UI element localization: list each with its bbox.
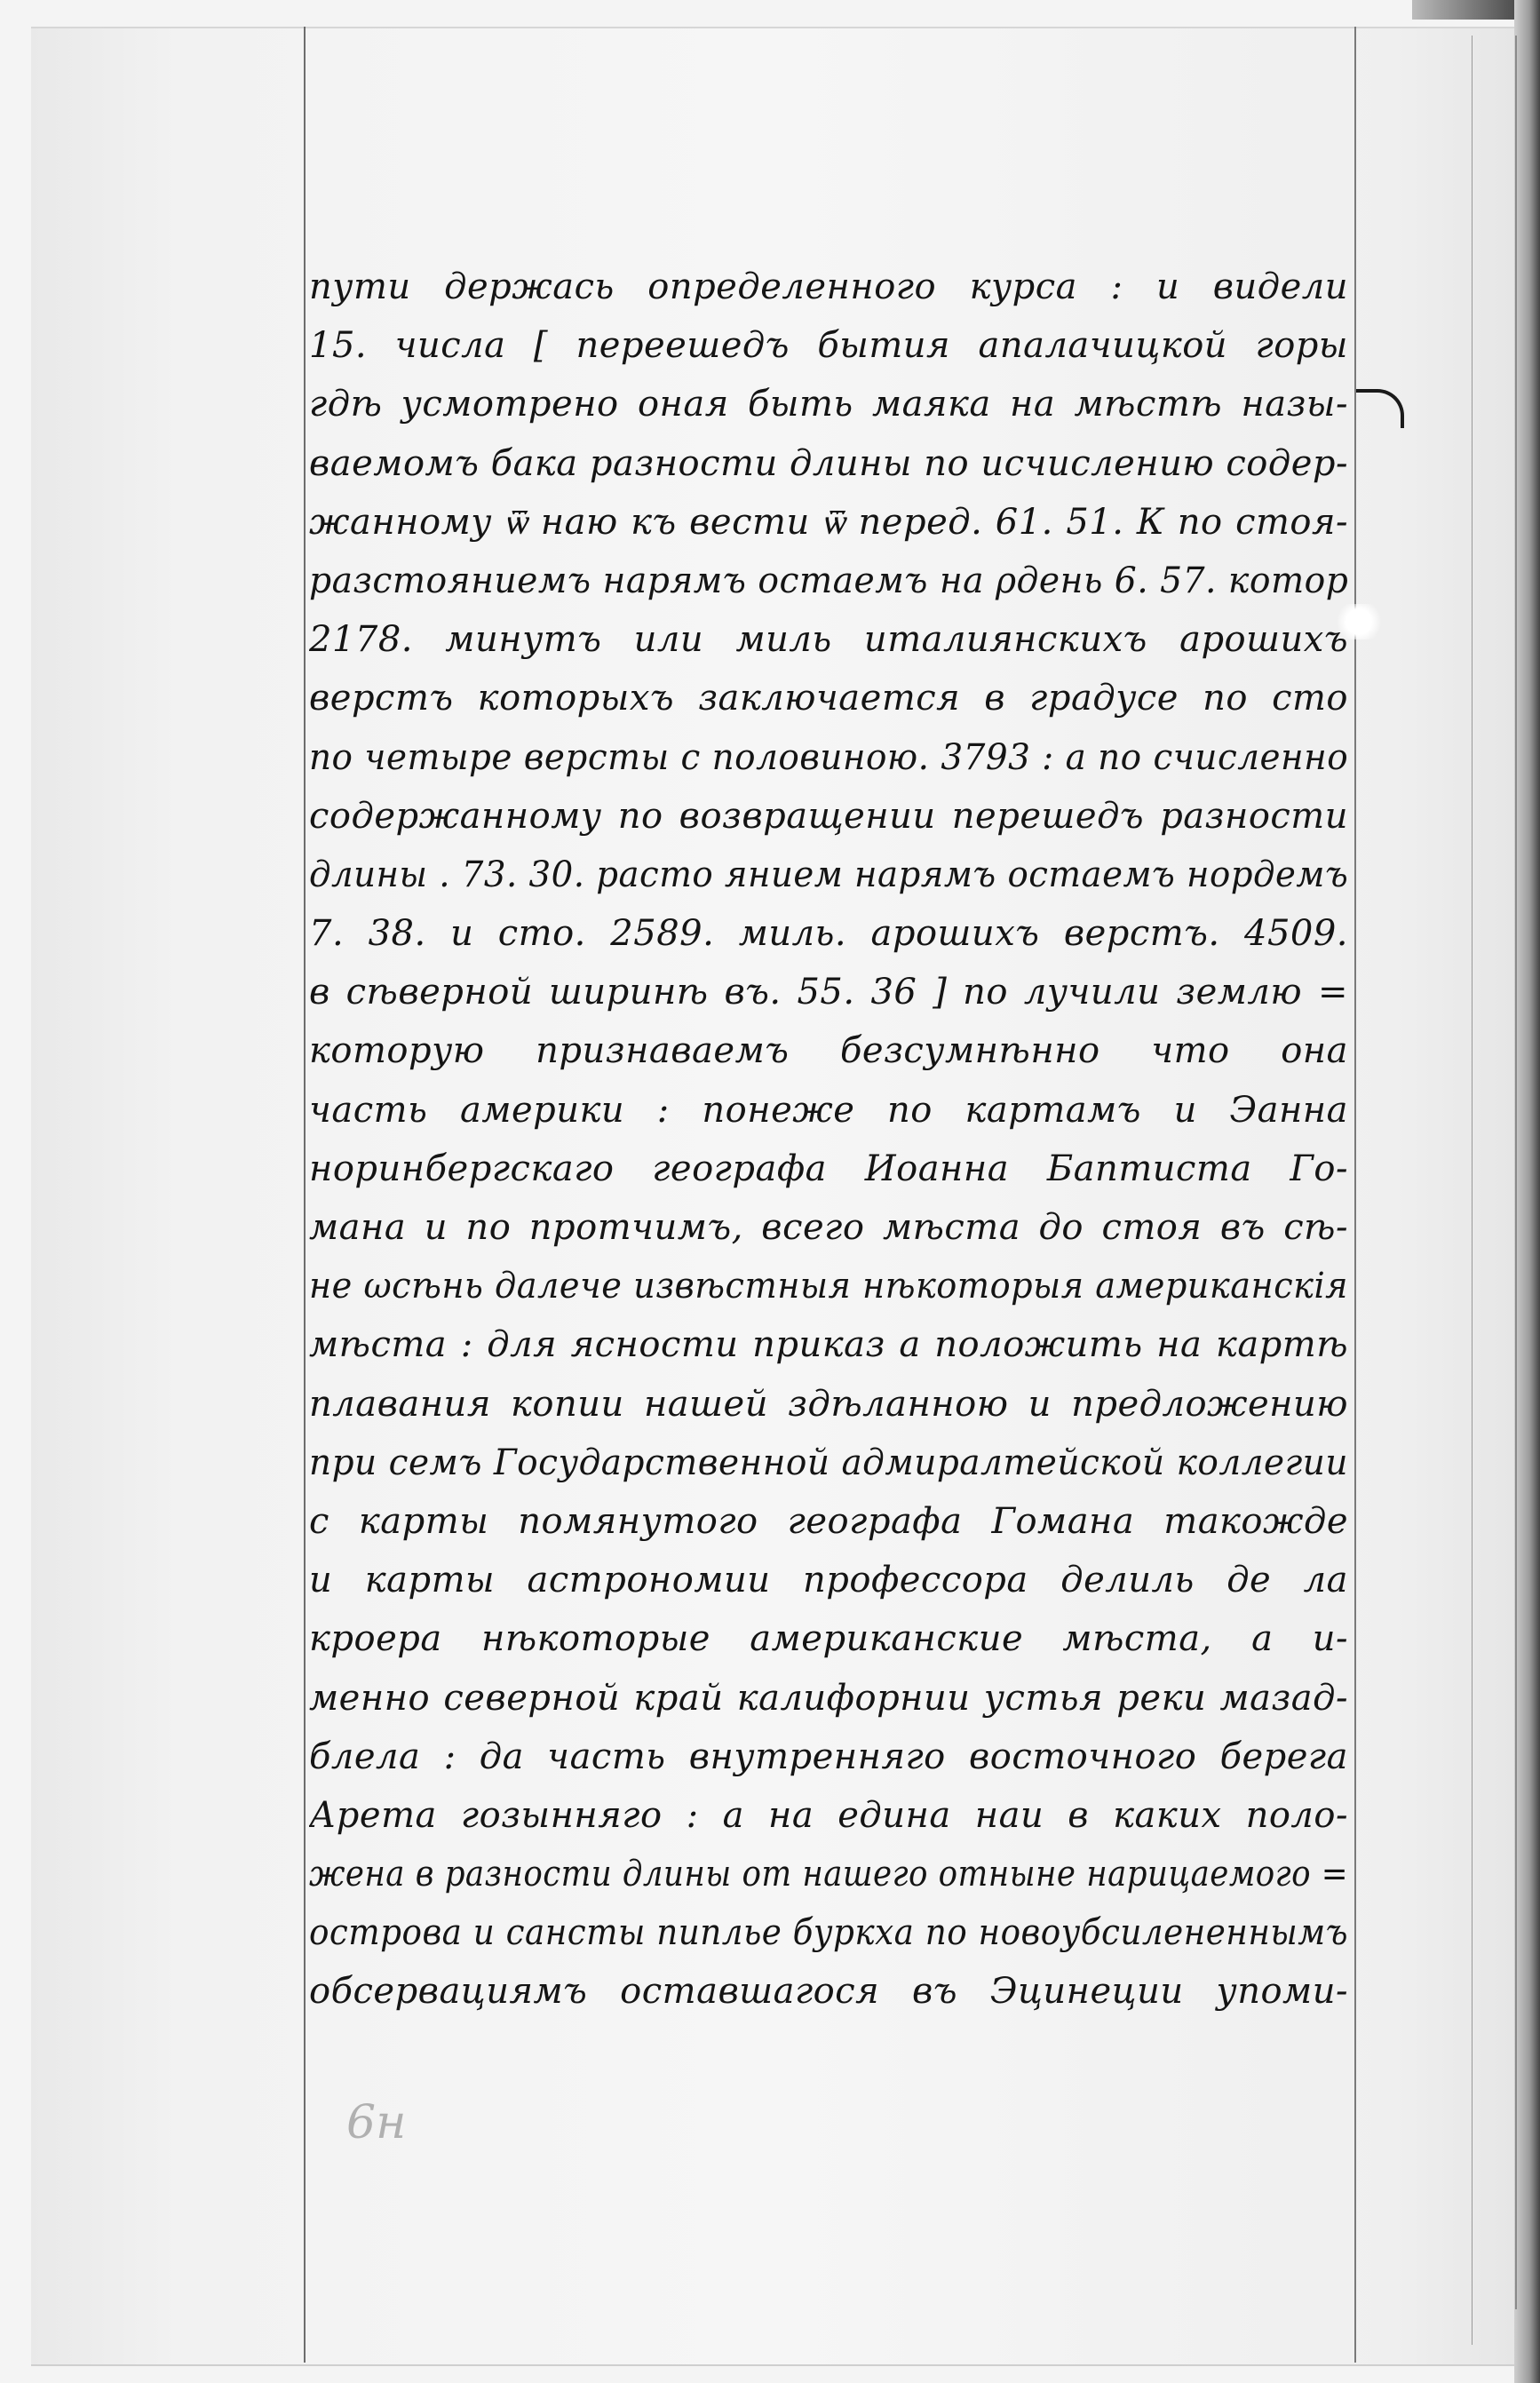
text-line: длины . 73. 30. расто янием нарямъ остае… bbox=[309, 846, 1348, 904]
text-line: верстъ которыхъ заключается в градусе по… bbox=[309, 669, 1348, 727]
text-line: блела : да часть внутренняго восточного … bbox=[309, 1728, 1348, 1786]
text-line: обсервациямъ оставшагося въ Эцинеции упо… bbox=[309, 1962, 1348, 2021]
text-line: кроера нѣкоторые американские мѣста, а и… bbox=[309, 1609, 1348, 1668]
text-line: 15. числа [ переешедъ бытия апалачицкой … bbox=[309, 316, 1348, 375]
text-line: содержанному по возвращении перешедъ раз… bbox=[309, 787, 1348, 846]
text-line: плавания копии нашей здѣланною и предлож… bbox=[309, 1375, 1348, 1434]
text-line: жанному ѿ наю къ вести ѿ перед. 61. 51. … bbox=[309, 493, 1348, 552]
text-line: пути держась определенного курса : и вид… bbox=[309, 258, 1348, 316]
text-line: менно северной край калифорнии устья рек… bbox=[309, 1669, 1348, 1728]
book-binding-edge bbox=[1514, 0, 1540, 2383]
text-line: гдѣ усмотрено оная быть маяка на мѣстѣ н… bbox=[309, 375, 1348, 433]
text-line: острова и сансты пиплье буркха по новоуб… bbox=[309, 1903, 1348, 1962]
text-line: 7. 38. и сто. 2589. миль. арошихъ верстъ… bbox=[309, 904, 1348, 963]
manuscript-text-block: пути держась определенного курса : и вид… bbox=[309, 258, 1348, 2022]
page-number: 6н bbox=[346, 2096, 406, 2149]
text-line: при семъ Государственной адмиралтейской … bbox=[309, 1434, 1348, 1492]
right-margin-rule bbox=[1354, 27, 1356, 2363]
outer-margin-rule bbox=[1472, 36, 1473, 2345]
text-line: 2178. минутъ или миль италиянскихъ ароши… bbox=[309, 610, 1348, 669]
text-line: норинбергскаго географа Иоанна Баптиста … bbox=[309, 1140, 1348, 1198]
text-line: с карты помянутого географа Гомана також… bbox=[309, 1492, 1348, 1551]
text-line: мѣста : для ясности приказ а положить на… bbox=[309, 1315, 1348, 1374]
text-line: не ωсѣнь далече извѣстныя нѣкоторыя амер… bbox=[309, 1257, 1348, 1315]
text-line: в сѣверной ширинѣ въ. 55. 36 ] по лучили… bbox=[309, 963, 1348, 1021]
text-line: разстояниемъ нарямъ остаемъ на ρдень 6. … bbox=[309, 552, 1348, 610]
page-inner-edge bbox=[1515, 36, 1517, 2309]
text-line: часть америки : понеже по картамъ и Эанн… bbox=[309, 1081, 1348, 1140]
text-line: жена в разности длины от нашего отныне н… bbox=[309, 1845, 1348, 1903]
text-line: Арета гозынняго : а на едина наи в каких… bbox=[309, 1786, 1348, 1845]
text-line: по четыре версты с половиною. 3793 : а п… bbox=[309, 728, 1348, 787]
left-margin-rule bbox=[304, 27, 306, 2363]
text-line: мана и по протчимъ, всего мѣста до стоя … bbox=[309, 1198, 1348, 1257]
text-line: и карты астрономии профессора делиль де … bbox=[309, 1551, 1348, 1609]
text-line: ваемомъ бака разности длины по исчислени… bbox=[309, 434, 1348, 493]
text-line: которую признаваемъ безсумнѣнно что она bbox=[309, 1021, 1348, 1080]
